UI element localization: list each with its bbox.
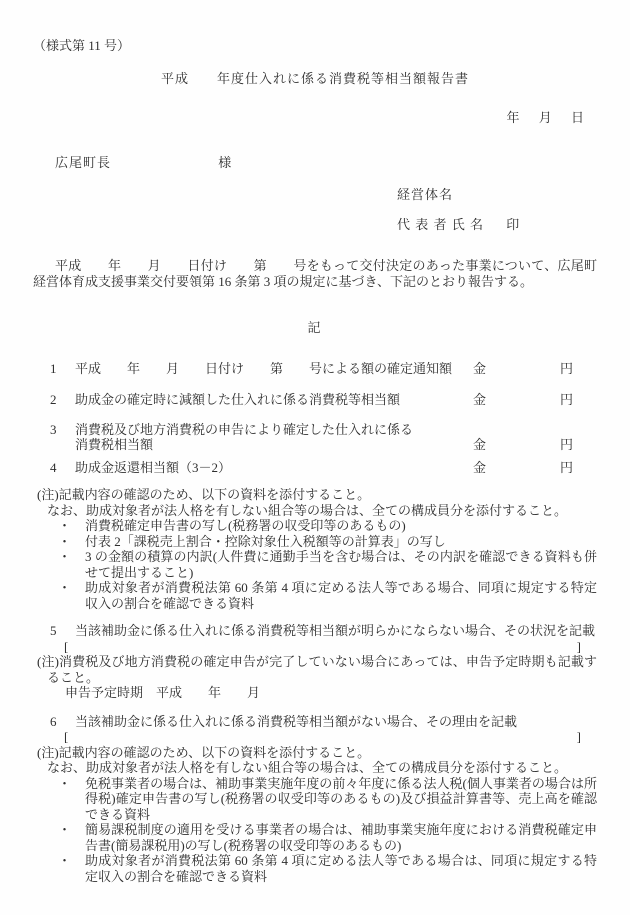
note-header: (注)消費税及び地方消費税の確定申告が完了していない場合にあっては、申告予定時期… bbox=[33, 654, 597, 685]
item-text-line1: 消費税及び地方消費税の申告により確定した仕入れに係る bbox=[75, 422, 487, 438]
item-text: 消費税及び地方消費税の申告により確定した仕入れに係る 消費税相当額 bbox=[75, 422, 487, 453]
bullet-text: 簡易課税制度の適用を受ける事業者の場合は、補助事業実施年度における消費税確定申告… bbox=[85, 822, 597, 853]
amount-prefix-label: 金 bbox=[473, 361, 486, 377]
document-title: 平成 年度仕入れに係る消費税等相当額報告書 bbox=[33, 71, 597, 87]
bullet-marker: ・ bbox=[58, 518, 71, 534]
bracket-open: [ bbox=[64, 729, 68, 745]
item-number: 3 bbox=[50, 422, 57, 438]
entity-name-label: 経営体名 bbox=[33, 187, 597, 203]
tax-return-schedule-line: 申告予定時期 平成 年 月 bbox=[33, 685, 597, 701]
report-item-5: 5 当該補助金に係る仕入れに係る消費税等相当額が明らかにならない場合、その状況を… bbox=[33, 623, 597, 701]
seal-mark: 印 bbox=[506, 217, 520, 232]
amount-prefix-label: 金 bbox=[473, 460, 486, 476]
attachment-bullet: ・ 付表 2「課税売上割合・控除対象仕入税額等の計算表」の写し bbox=[33, 534, 597, 550]
bullet-text: 助成対象者が消費税法第 60 条第 4 項に定める法人等である場合、同項に規定す… bbox=[85, 580, 597, 611]
note-subline: なお、助成対象者が法人格を有しない組合等の場合は、全ての構成員分を添付すること。 bbox=[33, 503, 597, 519]
amount-unit-label: 円 bbox=[560, 392, 573, 408]
item-number: 5 bbox=[50, 623, 57, 639]
bullet-text: 付表 2「課税売上割合・控除対象仕入税額等の計算表」の写し bbox=[85, 534, 446, 549]
item-text: 助成金返還相当額（3－2） bbox=[75, 460, 231, 475]
bullet-text: 助成対象者が消費税法第 60 条第 4 項に定める法人等である場合は、同項に規定… bbox=[85, 853, 597, 884]
attachment-note-1: (注)記載内容の確認のため、以下の資料を添付すること。 なお、助成対象者が法人格… bbox=[33, 487, 597, 611]
bullet-marker: ・ bbox=[58, 534, 71, 550]
bracket-close: ] bbox=[577, 729, 581, 745]
fill-in-bracket-line: [ ] bbox=[33, 639, 597, 655]
amount-prefix-label: 金 bbox=[473, 437, 486, 453]
item6-heading: 6 当該補助金に係る仕入れに係る消費税等相当額がない場合、その理由を記載 bbox=[33, 714, 597, 730]
amount-prefix-label: 金 bbox=[473, 392, 486, 408]
attachment-bullet: ・ 簡易課税制度の適用を受ける事業者の場合は、補助事業実施年度における消費税確定… bbox=[33, 822, 597, 853]
item5-heading: 5 当該補助金に係る仕入れに係る消費税等相当額が明らかにならない場合、その状況を… bbox=[33, 623, 597, 639]
bullet-marker: ・ bbox=[58, 853, 71, 869]
date-line: 年 月 日 bbox=[33, 110, 597, 126]
addressee-honorific: 様 bbox=[218, 155, 231, 170]
attachment-bullet: ・ 消費税確定申告書の写し(税務署の収受印等のあるもの) bbox=[33, 518, 597, 534]
item-number: 4 bbox=[50, 460, 57, 476]
bullet-text: 3 の金額の積算の内訳(人件費に通勤手当を含む場合は、その内訳を確認できる資料も… bbox=[85, 549, 597, 580]
record-heading: 記 bbox=[33, 320, 597, 336]
bullet-marker: ・ bbox=[58, 822, 71, 838]
report-item-1: 1 平成 年 月 日付け 第 号による額の確定通知額 金 円 bbox=[33, 361, 597, 377]
amount-unit-label: 円 bbox=[560, 437, 573, 453]
addressee-name: 広尾町長 bbox=[55, 155, 215, 171]
opening-paragraph: 平成 年 月 日付け 第 号をもって交付決定のあった事業について、広尾町経営体育… bbox=[33, 258, 597, 289]
attachment-bullet: ・ 助成対象者が消費税法第 60 条第 4 項に定める法人等である場合、同項に規… bbox=[33, 580, 597, 611]
attachment-bullet: ・ 免税事業者の場合は、補助事業実施年度の前々年度に係る法人税(個人事業者の場合… bbox=[33, 776, 597, 823]
bullet-marker: ・ bbox=[58, 580, 71, 596]
bullet-text: 消費税確定申告書の写し(税務署の収受印等のあるもの) bbox=[85, 518, 406, 533]
report-item-4: 4 助成金返還相当額（3－2） 金 円 bbox=[33, 460, 597, 476]
representative-line: 代 表 者 氏 名 印 bbox=[33, 217, 597, 233]
report-item-2: 2 助成金の確定時に減額した仕入れに係る消費税等相当額 金 円 bbox=[33, 392, 597, 408]
attachment-bullet: ・ 3 の金額の積算の内訳(人件費に通勤手当を含む場合は、その内訳を確認できる資… bbox=[33, 549, 597, 580]
attachment-bullet: ・ 助成対象者が消費税法第 60 条第 4 項に定める法人等である場合は、同項に… bbox=[33, 853, 597, 884]
representative-label: 代 表 者 氏 名 bbox=[397, 217, 484, 232]
item-text: 助成金の確定時に減額した仕入れに係る消費税等相当額 bbox=[75, 392, 400, 407]
bullet-marker: ・ bbox=[58, 776, 71, 792]
report-item-3: 3 消費税及び地方消費税の申告により確定した仕入れに係る 消費税相当額 金 円 bbox=[33, 422, 597, 453]
report-form-page: （様式第 11 号） 平成 年度仕入れに係る消費税等相当額報告書 年 月 日 広… bbox=[0, 0, 630, 915]
note-subline: なお、助成対象者が法人格を有しない組合等の場合は、全ての構成員分を添付すること。 bbox=[33, 760, 597, 776]
item-number: 2 bbox=[50, 392, 57, 408]
bracket-close: ] bbox=[577, 639, 581, 655]
note-header: (注)記載内容の確認のため、以下の資料を添付すること。 bbox=[33, 487, 597, 503]
item-number: 6 bbox=[50, 714, 57, 730]
form-number: （様式第 11 号） bbox=[33, 38, 597, 54]
item-text: 当該補助金に係る仕入れに係る消費税等相当額が明らかにならない場合、その状況を記載 bbox=[75, 623, 595, 638]
bullet-marker: ・ bbox=[58, 549, 71, 565]
item-text: 当該補助金に係る仕入れに係る消費税等相当額がない場合、その理由を記載 bbox=[75, 714, 517, 729]
amount-unit-label: 円 bbox=[560, 460, 573, 476]
bracket-open: [ bbox=[64, 639, 68, 655]
item-text: 平成 年 月 日付け 第 号による額の確定通知額 bbox=[75, 361, 452, 376]
note-header: (注)記載内容の確認のため、以下の資料を添付すること。 bbox=[33, 745, 597, 761]
bullet-text: 免税事業者の場合は、補助事業実施年度の前々年度に係る法人税(個人事業者の場合は所… bbox=[85, 776, 597, 822]
item-number: 1 bbox=[50, 361, 57, 377]
report-item-6: 6 当該補助金に係る仕入れに係る消費税等相当額がない場合、その理由を記載 [ ]… bbox=[33, 714, 597, 885]
amount-unit-label: 円 bbox=[560, 361, 573, 377]
addressee-line: 広尾町長 様 bbox=[33, 155, 597, 171]
item-text-line2: 消費税相当額 bbox=[75, 437, 487, 453]
fill-in-bracket-line: [ ] bbox=[33, 729, 597, 745]
